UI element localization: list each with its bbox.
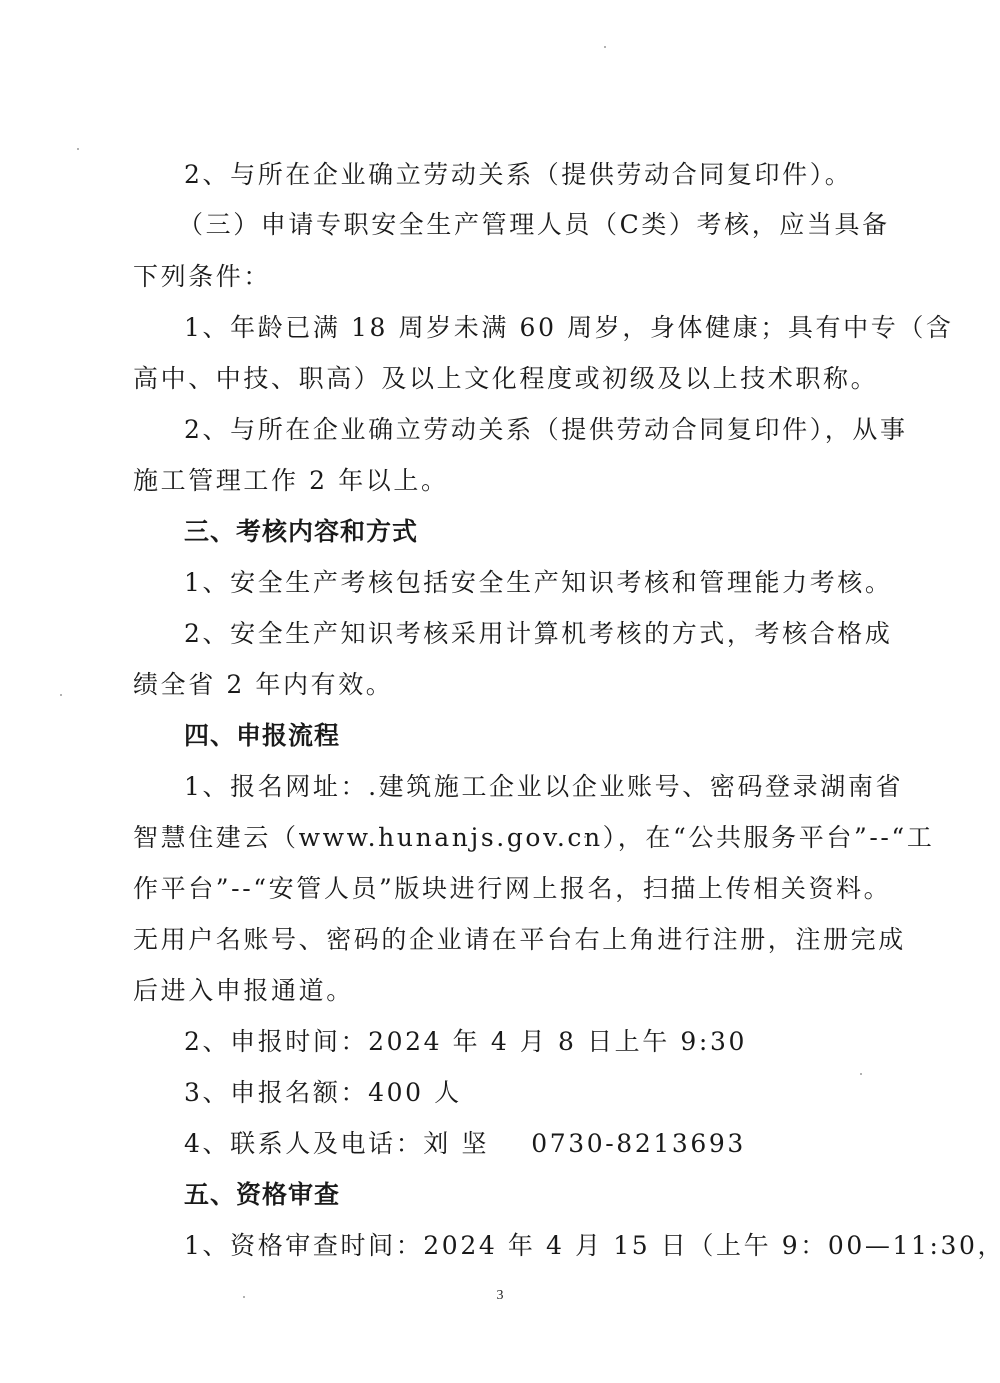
subsection-heading-c-category: （三）申请专职安全生产管理人员（C类）考核，应当具备 [178,210,890,240]
review-time-line: 1、资格审查时间：2024 年 4 月 15 日（上午 9：00—11:30， [184,1231,1000,1261]
paragraph-line: 1、年龄已满 18 周岁未满 60 周岁，身体健康；具有中专（含 [184,313,954,343]
scan-speck [60,694,62,696]
paragraph-line: 2、与所在企业确立劳动关系（提供劳动合同复印件），从事 [184,415,908,445]
section-heading-application-process: 四、申报流程 [184,721,340,751]
contact-line: 4、联系人及电话：刘 坚 0730-8213693 [184,1129,746,1159]
document-page: 2、与所在企业确立劳动关系（提供劳动合同复印件）。 （三）申请专职安全生产管理人… [0,0,1000,1383]
scan-speck [860,1073,862,1075]
paragraph-line: 1、报名网址：.建筑施工企业以企业账号、密码登录湖南省 [184,772,903,802]
paragraph-line: 无用户名账号、密码的企业请在平台右上角进行注册，注册完成 [133,925,906,955]
paragraph-line: 施工管理工作 2 年以上。 [133,466,449,496]
paragraph-line: 高中、中技、职高）及以上文化程度或初级及以上技术职称。 [133,364,878,394]
paragraph-line-with-url: 智慧住建云（www.hunanjs.gov.cn），在“公共服务平台”--“工 [133,823,934,853]
application-quota-line: 3、申报名额：400 人 [184,1078,462,1108]
paragraph-line: 绩全省 2 年内有效。 [133,670,393,700]
application-time-line: 2、申报时间：2024 年 4 月 8 日上午 9:30 [184,1027,747,1057]
scan-speck [604,46,606,48]
paragraph-line: 作平台”--“安管人员”版块进行网上报名，扫描上传相关资料。 [133,874,891,904]
section-heading-assessment: 三、考核内容和方式 [184,517,418,547]
scan-speck [77,148,79,150]
paragraph-line: 下列条件： [133,262,271,292]
page-number: 3 [0,1288,1000,1304]
section-heading-qualification-review: 五、资格审查 [184,1180,340,1210]
paragraph-line: 2、安全生产知识考核采用计算机考核的方式，考核合格成 [184,619,893,649]
paragraph-line: 1、安全生产考核包括安全生产知识考核和管理能力考核。 [184,568,893,598]
paragraph-line: 2、与所在企业确立劳动关系（提供劳动合同复印件）。 [184,160,852,190]
paragraph-line: 后进入申报通道。 [133,976,354,1006]
